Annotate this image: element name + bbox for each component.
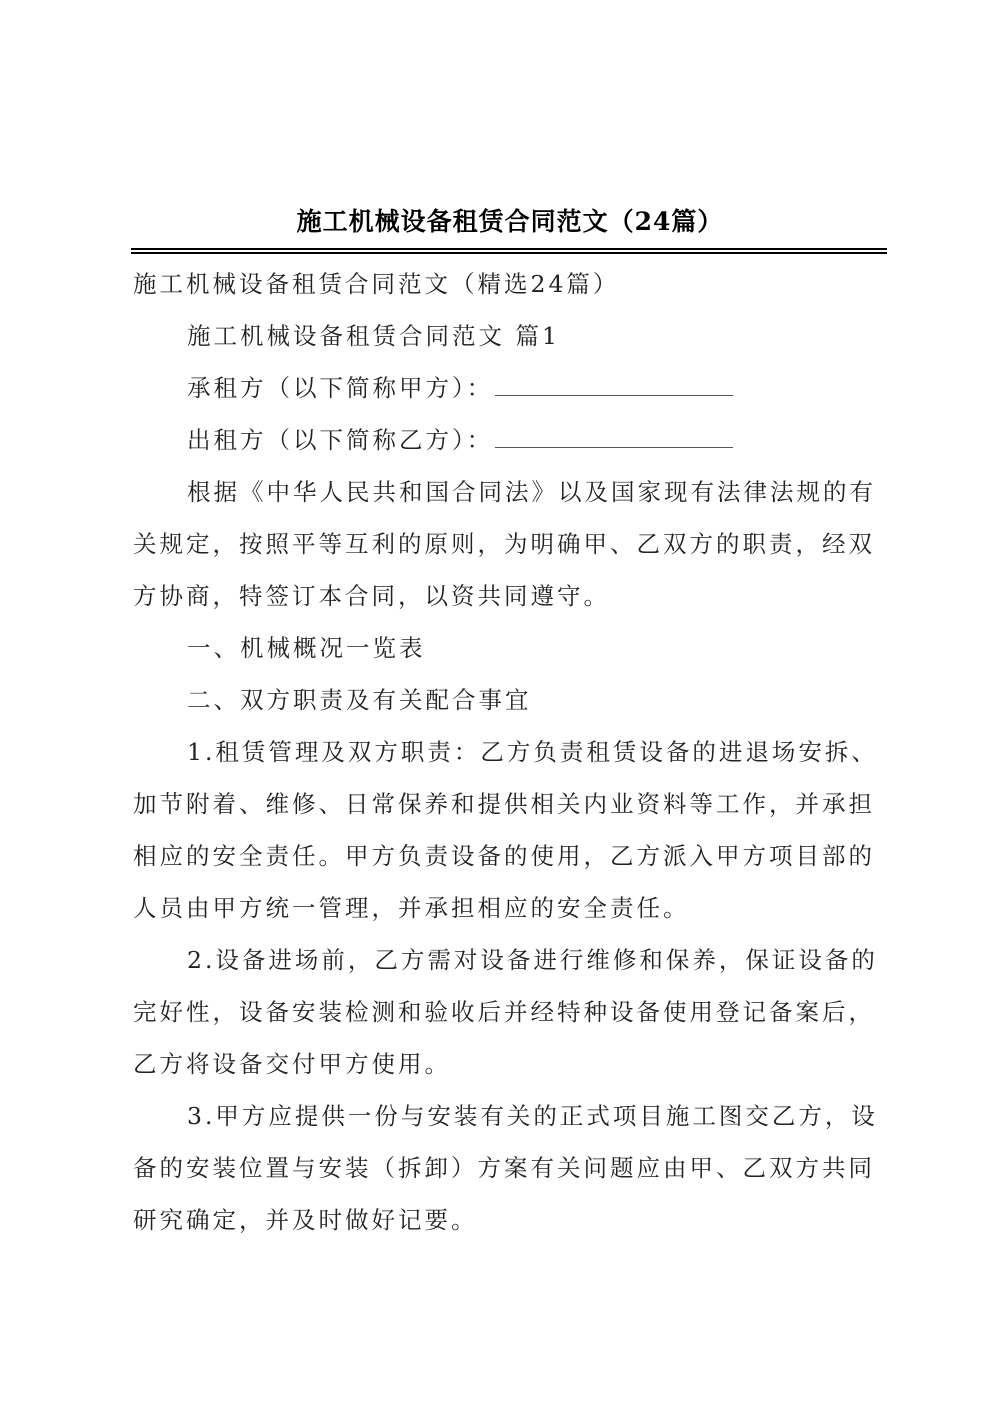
paragraph-line: 完好性，设备安装检测和验收后并经特种设备使用登记备案后， [133,994,893,1046]
paragraph-preamble: 根据《中华人民共和国合同法》以及国家现有法律法规的有 关规定，按照平等互利的原则… [133,474,893,630]
paragraph-line: 关规定，按照平等互利的原则，为明确甲、乙双方的职责，经双 [133,526,893,578]
title-rule-bottom [131,252,887,254]
paragraph-line: 乙方将设备交付甲方使用。 [133,1046,893,1098]
document-title: 施工机械设备租赁合同范文（24篇） [0,204,993,240]
lessor-label: 出租方（以下简称乙方）： [187,426,493,454]
subtitle: 施工机械设备租赁合同范文（精选24篇） [133,266,893,318]
paragraph-line: 人员由甲方统一管理，并承担相应的安全责任。 [133,890,893,942]
paragraph-line: 2.设备进场前，乙方需对设备进行维修和保养，保证设备的 [133,942,893,994]
paragraph-line: 3.甲方应提供一份与安装有关的正式项目施工图交乙方，设 [133,1098,893,1150]
paragraph-line: 备的安装位置与安装（拆卸）方案有关问题应由甲、乙双方共同 [133,1150,893,1202]
paragraph-line: 方协商，特签订本合同，以资共同遵守。 [133,578,893,630]
paragraph-clause-2: 2.设备进场前，乙方需对设备进行维修和保养，保证设备的 完好性，设备安装检测和验… [133,942,893,1098]
paragraph-line: 根据《中华人民共和国合同法》以及国家现有法律法规的有 [133,474,893,526]
lessee-blank[interactable] [495,375,733,396]
paragraph-line: 加节附着、维修、日常保养和提供相关内业资料等工作，并承担 [133,786,893,838]
heading-machinery-overview: 一、机械概况一览表 [133,630,893,682]
lessee-field: 承租方（以下简称甲方）： [133,370,893,422]
heading-responsibilities: 二、双方职责及有关配合事宜 [133,682,893,734]
document-page: 施工机械设备租赁合同范文（24篇） 施工机械设备租赁合同范文（精选24篇） 施工… [0,0,993,1404]
document-body: 施工机械设备租赁合同范文（精选24篇） 施工机械设备租赁合同范文 篇1 承租方（… [133,266,893,1254]
lessor-field: 出租方（以下简称乙方）： [133,422,893,474]
title-rule-top [131,248,887,250]
lessee-label: 承租方（以下简称甲方）： [187,374,493,402]
lessor-blank[interactable] [495,427,733,448]
paragraph-line: 相应的安全责任。甲方负责设备的使用，乙方派入甲方项目部的 [133,838,893,890]
section-heading: 施工机械设备租赁合同范文 篇1 [133,318,893,370]
paragraph-line: 1.租赁管理及双方职责：乙方负责租赁设备的进退场安拆、 [133,734,893,786]
paragraph-line: 研究确定，并及时做好记要。 [133,1202,893,1254]
paragraph-clause-3: 3.甲方应提供一份与安装有关的正式项目施工图交乙方，设 备的安装位置与安装（拆卸… [133,1098,893,1254]
paragraph-clause-1: 1.租赁管理及双方职责：乙方负责租赁设备的进退场安拆、 加节附着、维修、日常保养… [133,734,893,942]
